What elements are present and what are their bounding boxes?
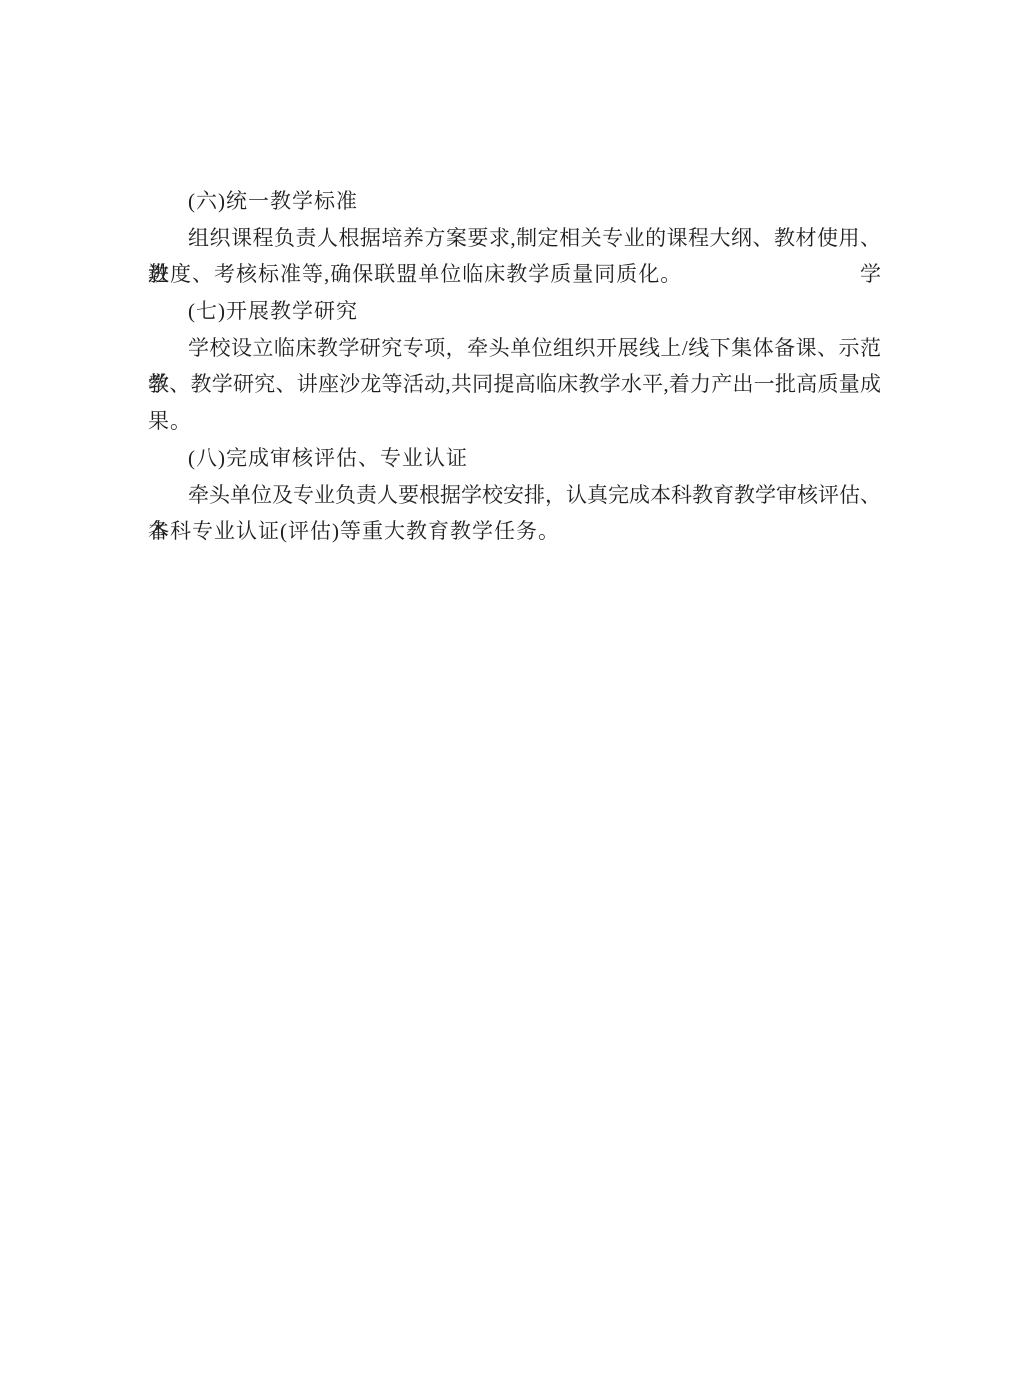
section-7-paragraph-line-3: 果。 — [148, 403, 881, 440]
section-8-paragraph-line-2: 本科专业认证(评估)等重大教育教学任务。 — [148, 513, 881, 550]
document-page: (六)统一教学标准 组织课程负责人根据培养方案要求,制定相关专业的课程大纲、教材… — [148, 183, 881, 550]
section-7-heading: (七)开展教学研究 — [148, 293, 881, 330]
section-7-paragraph-line-1: 学校设立临床教学研究专项，牵头单位组织开展线上/线下集体备课、示范教 — [148, 330, 881, 367]
section-6-heading: (六)统一教学标准 — [148, 183, 881, 220]
section-8-paragraph-line-1: 牵头单位及专业负责人要根据学校安排，认真完成本科教育教学审核评估、各 — [148, 477, 881, 514]
section-6-paragraph-line-1: 组织课程负责人根据培养方案要求,制定相关专业的课程大纲、教材使用、教学 — [148, 220, 881, 257]
section-7-paragraph-line-2: 学、教学研究、讲座沙龙等活动,共同提高临床教学水平,着力产出一批高质量成 — [148, 366, 881, 403]
section-8-heading: (八)完成审核评估、专业认证 — [148, 440, 881, 477]
